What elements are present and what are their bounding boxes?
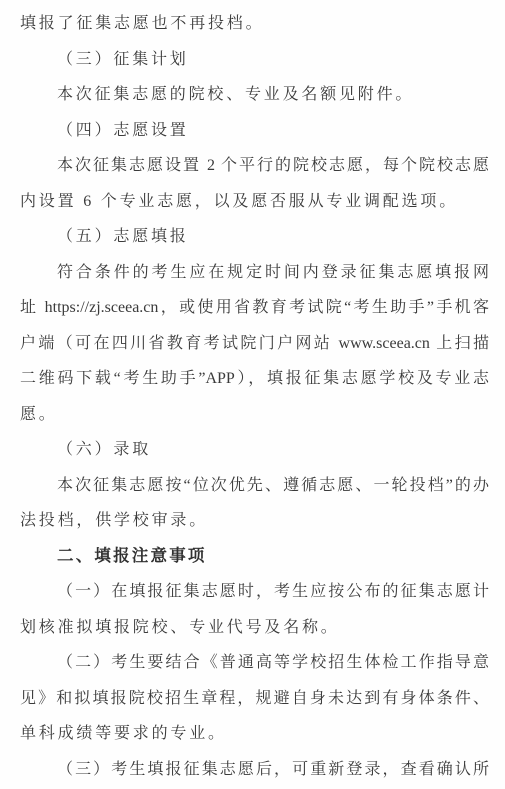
text-line: （二）考生要结合《普通高等学校招生体检工作指导意 xyxy=(20,645,489,681)
text-line: 见》和拟填报院校招生章程，规避自身未达到有身体条件、 xyxy=(20,681,489,717)
subsection-title-line: （六）录取 xyxy=(20,432,489,468)
text-line: 符合条件的考生应在规定时间内登录征集志愿填报网 xyxy=(20,255,489,291)
document-page: 填报了征集志愿也不再投档。 （三）征集计划 本次征集志愿的院校、专业及名额见附件… xyxy=(0,0,505,789)
text-line: （一）在填报征集志愿时，考生应按公布的征集志愿计 xyxy=(20,574,489,610)
subsection-title-line: （五）志愿填报 xyxy=(20,219,489,255)
text-line: 填报了征集志愿也不再投档。 xyxy=(20,6,489,42)
text-line: 划核准拟填报院校、专业代号及名称。 xyxy=(20,610,489,646)
text-line: 愿。 xyxy=(20,397,489,433)
subsection-title-line: （四）志愿设置 xyxy=(20,113,489,149)
text-line-with-url: 址 https://zj.sceea.cn，或使用省教育考试院“考生助手”手机客 xyxy=(20,290,489,326)
section-heading: 二、填报注意事项 xyxy=(20,539,489,575)
text-line: 二维码下载“考生助手”APP），填报征集志愿学校及专业志 xyxy=(20,361,489,397)
text-line: （三）考生填报征集志愿后，可重新登录，查看确认所 xyxy=(20,752,489,788)
subsection-title-line: （三）征集计划 xyxy=(20,42,489,78)
text-line: 本次征集志愿设置 2 个平行的院校志愿，每个院校志愿 xyxy=(20,148,489,184)
text-line: 本次征集志愿的院校、专业及名额见附件。 xyxy=(20,77,489,113)
text-line: 单科成绩等要求的专业。 xyxy=(20,716,489,752)
text-line: 本次征集志愿按“位次优先、遵循志愿、一轮投档”的办 xyxy=(20,468,489,504)
text-line: 法投档，供学校审录。 xyxy=(20,503,489,539)
text-line: 内设置 6 个专业志愿，以及愿否服从专业调配选项。 xyxy=(20,184,489,220)
text-line-with-url: 户端（可在四川省教育考试院门户网站 www.sceea.cn 上扫描 xyxy=(20,326,489,362)
